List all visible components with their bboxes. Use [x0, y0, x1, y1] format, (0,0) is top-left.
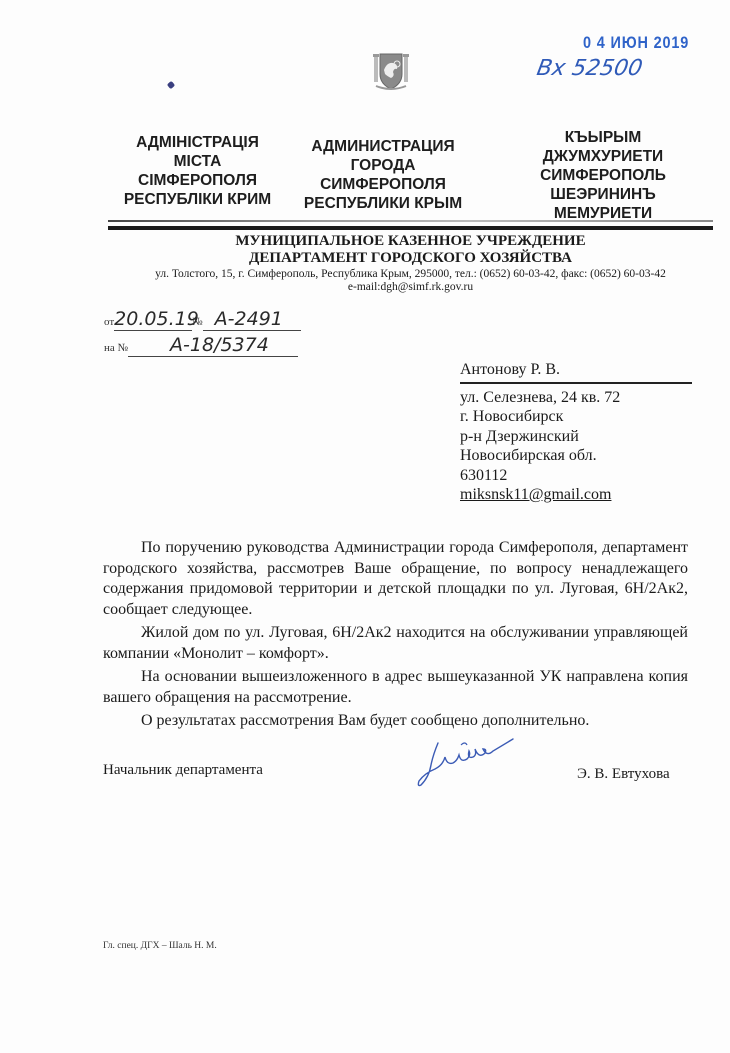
header-ua-line: МІСТА СІМФЕРОПОЛЯ — [115, 152, 280, 190]
org-name: ДЕПАРТАМЕНТ ГОРОДСКОГО ХОЗЯЙСТВА — [108, 250, 713, 267]
crimea-coat-of-arms-icon — [373, 50, 409, 92]
from-label: от — [104, 316, 114, 328]
reply-to-number: А-18/5374 — [128, 334, 298, 357]
recipient-region: Новосибирская обл. — [460, 446, 692, 466]
letter-body: По поручению руководства Администрации г… — [103, 538, 688, 732]
body-paragraph: Жилой дом по ул. Луговая, 6Н/2Ак2 находи… — [103, 623, 688, 664]
outgoing-date: 20.05.19 — [114, 308, 192, 331]
header-ru-line: АДМИНИСТРАЦИЯ — [288, 137, 478, 156]
header-russian: АДМИНИСТРАЦИЯ ГОРОДА СИМФЕРОПОЛЯ РЕСПУБЛ… — [288, 137, 478, 213]
header-crh-line: ШЕЭРИНИНЪ — [528, 185, 678, 204]
outgoing-number: А-2491 — [203, 308, 301, 331]
recipient-name: Антонову Р. В. — [460, 360, 692, 384]
ink-mark — [167, 81, 175, 89]
header-ua-line: РЕСПУБЛІКИ КРИМ — [115, 190, 280, 209]
header-crh-line: ДЖУМХУРИЕТИ — [528, 147, 678, 166]
signatory-title: Начальник департамента — [103, 762, 263, 779]
number-label: № — [192, 316, 203, 328]
recipient-postal-code: 630112 — [460, 466, 692, 486]
incoming-number-handwritten: Вх 52500 — [535, 56, 645, 81]
header-crh-line: СИМФЕРОПОЛЬ — [528, 166, 678, 185]
org-email: e-mail:dgh@simf.rk.gov.ru — [108, 281, 713, 293]
received-date-stamp: 0 4 ИЮН 2019 — [583, 33, 689, 53]
recipient-block: Антонову Р. В. ул. Селезнева, 24 кв. 72 … — [460, 360, 692, 505]
body-paragraph: На основании вышеизложенного в адрес выш… — [103, 667, 688, 708]
executor-note: Гл. спец. ДГХ – Шаль Н. М. — [103, 941, 217, 951]
header-ua-line: АДМІНІСТРАЦІЯ — [115, 133, 280, 152]
recipient-street: ул. Селезнева, 24 кв. 72 — [460, 388, 692, 408]
header-divider-thin — [108, 220, 713, 222]
header-ukrainian: АДМІНІСТРАЦІЯ МІСТА СІМФЕРОПОЛЯ РЕСПУБЛІ… — [115, 133, 280, 209]
header-ru-line: РЕСПУБЛИКИ КРЫМ — [288, 194, 478, 213]
reply-to-label: на № — [104, 342, 128, 354]
handwritten-signature — [413, 735, 533, 790]
header-crimean-tatar: КЪЫРЫМ ДЖУМХУРИЕТИ СИМФЕРОПОЛЬ ШЕЭРИНИНЪ… — [528, 128, 678, 223]
recipient-city: г. Новосибирск — [460, 407, 692, 427]
header-crh-line: КЪЫРЫМ — [528, 128, 678, 147]
header-divider-thick — [108, 226, 713, 230]
org-address: ул. Толстого, 15, г. Симферополь, Респуб… — [108, 268, 713, 281]
org-type: МУНИЦИПАЛЬНОЕ КАЗЕННОЕ УЧРЕЖДЕНИЕ — [108, 233, 713, 250]
signatory-name: Э. В. Евтухова — [577, 766, 670, 783]
recipient-email: miksnsk11@gmail.com — [460, 485, 692, 505]
body-paragraph: По поручению руководства Администрации г… — [103, 538, 688, 620]
recipient-district: р-н Дзержинский — [460, 427, 692, 447]
reference-outgoing: от20.05.19№А-2491 — [104, 308, 304, 331]
body-paragraph: О результатах рассмотрения Вам будет соо… — [103, 711, 688, 732]
reference-reply-to: на №А-18/5374 — [104, 334, 304, 357]
header-ru-line: ГОРОДА СИМФЕРОПОЛЯ — [288, 156, 478, 194]
